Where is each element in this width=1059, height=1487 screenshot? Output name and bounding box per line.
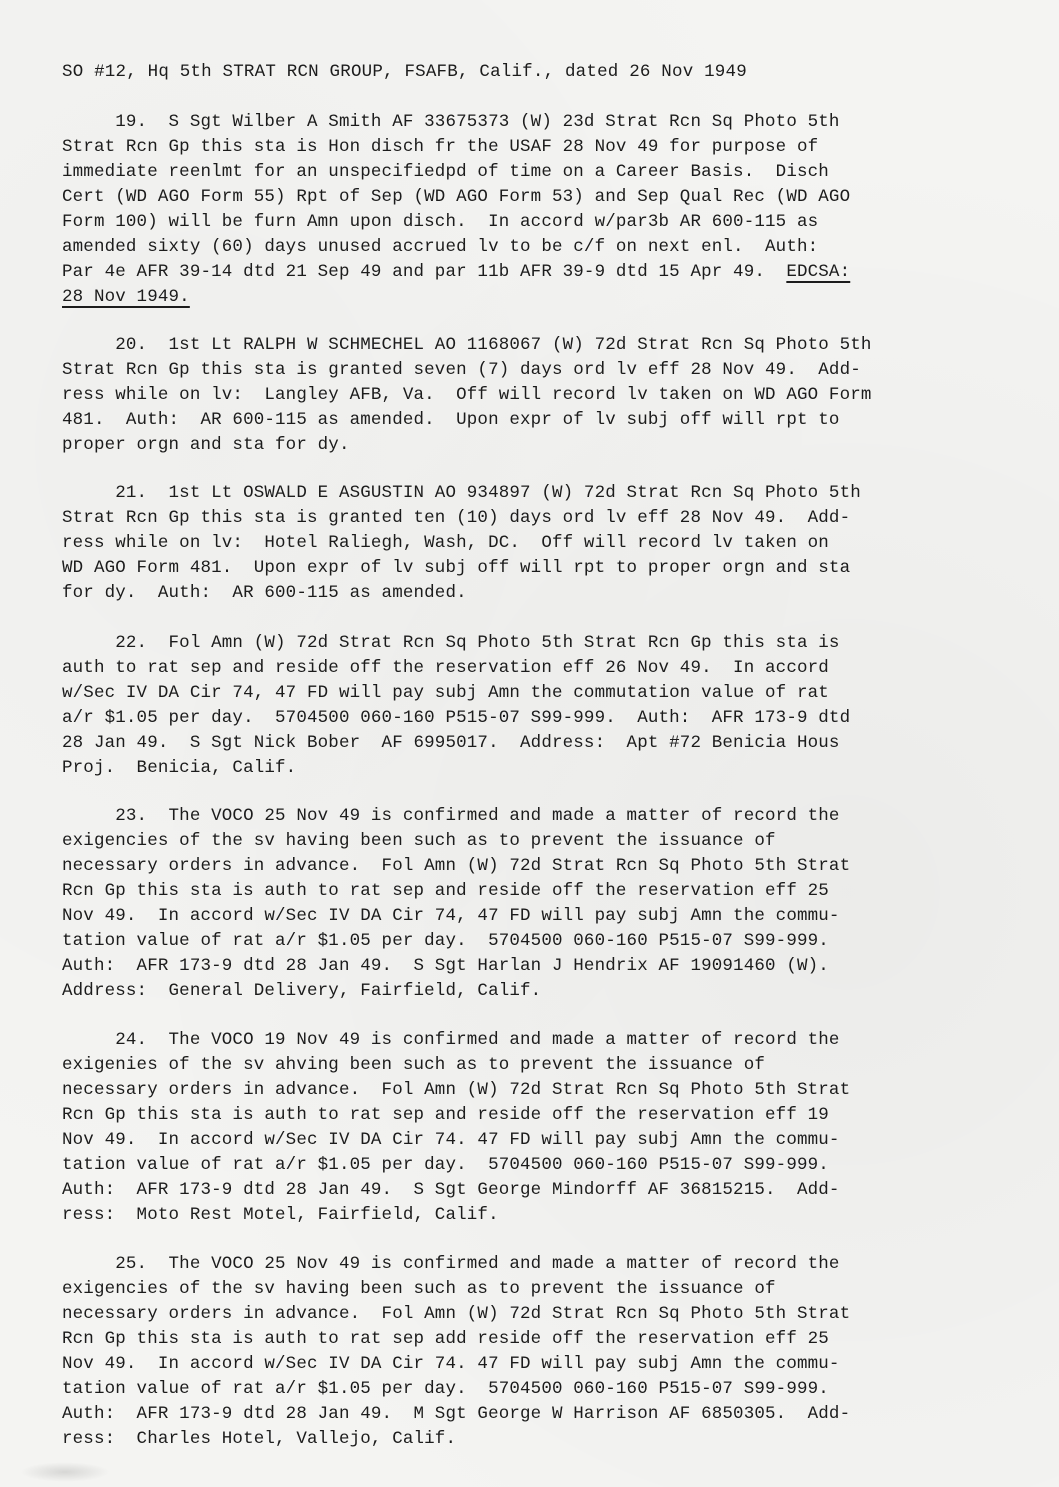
- text-line: Form 100) will be furn Amn upon disch. I…: [62, 210, 992, 235]
- text-line: a/r $1.05 per day. 5704500 060-160 P515-…: [62, 706, 992, 731]
- text-line: Nov 49. In accord w/Sec IV DA Cir 74. 47…: [62, 1352, 992, 1377]
- text-line: ress while on lv: Langley AFB, Va. Off w…: [62, 383, 992, 408]
- text-line: Auth: AFR 173-9 dtd 28 Jan 49. M Sgt Geo…: [62, 1402, 992, 1427]
- text-line: for dy. Auth: AR 600-115 as amended.: [62, 581, 992, 606]
- text-line: necessary orders in advance. Fol Amn (W)…: [62, 854, 992, 879]
- paragraph-21: 21. 1st Lt OSWALD E ASGUSTIN AO 934897 (…: [62, 481, 992, 606]
- text-line: 24. The VOCO 19 Nov 49 is confirmed and …: [62, 1028, 992, 1053]
- paragraph-24: 24. The VOCO 19 Nov 49 is confirmed and …: [62, 1028, 992, 1228]
- text-line: amended sixty (60) days unused accrued l…: [62, 235, 992, 260]
- text-line: necessary orders in advance. Fol Amn (W)…: [62, 1078, 992, 1103]
- text-line: Cert (WD AGO Form 55) Rpt of Sep (WD AGO…: [62, 185, 992, 210]
- paragraph-20: 20. 1st Lt RALPH W SCHMECHEL AO 1168067 …: [62, 333, 992, 458]
- paragraph-23: 23. The VOCO 25 Nov 49 is confirmed and …: [62, 804, 992, 1004]
- text-line: Rcn Gp this sta is auth to rat sep add r…: [62, 1327, 992, 1352]
- text-line: 21. 1st Lt OSWALD E ASGUSTIN AO 934897 (…: [62, 481, 992, 506]
- text-line: Strat Rcn Gp this sta is granted seven (…: [62, 358, 992, 383]
- text-line: tation value of rat a/r $1.05 per day. 5…: [62, 929, 992, 954]
- text-line-body: Par 4e AFR 39-14 dtd 21 Sep 49 and par 1…: [62, 262, 786, 282]
- text-line: 22. Fol Amn (W) 72d Strat Rcn Sq Photo 5…: [62, 631, 992, 656]
- text-line: 28 Jan 49. S Sgt Nick Bober AF 6995017. …: [62, 731, 992, 756]
- text-line: Par 4e AFR 39-14 dtd 21 Sep 49 and par 1…: [62, 260, 992, 285]
- text-line: Rcn Gp this sta is auth to rat sep and r…: [62, 1103, 992, 1128]
- text-line: Auth: AFR 173-9 dtd 28 Jan 49. S Sgt Geo…: [62, 1178, 992, 1203]
- text-line: Rcn Gp this sta is auth to rat sep and r…: [62, 879, 992, 904]
- text-line: 25. The VOCO 25 Nov 49 is confirmed and …: [62, 1252, 992, 1277]
- paper-smudge: [20, 1462, 110, 1482]
- text-line: tation value of rat a/r $1.05 per day. 5…: [62, 1153, 992, 1178]
- paragraph-19: 19. S Sgt Wilber A Smith AF 33675373 (W)…: [62, 110, 992, 310]
- text-line: 20. 1st Lt RALPH W SCHMECHEL AO 1168067 …: [62, 333, 992, 358]
- text-line: ress: Charles Hotel, Vallejo, Calif.: [62, 1427, 992, 1452]
- text-line: exigenies of the sv ahving been such as …: [62, 1053, 992, 1078]
- text-line: tation value of rat a/r $1.05 per day. 5…: [62, 1377, 992, 1402]
- text-line: 19. S Sgt Wilber A Smith AF 33675373 (W)…: [62, 110, 992, 135]
- text-line: Address: General Delivery, Fairfield, Ca…: [62, 979, 992, 1004]
- text-line: Nov 49. In accord w/Sec IV DA Cir 74, 47…: [62, 904, 992, 929]
- text-line: Strat Rcn Gp this sta is Hon disch fr th…: [62, 135, 992, 160]
- text-line: 23. The VOCO 25 Nov 49 is confirmed and …: [62, 804, 992, 829]
- text-line: immediate reenlmt for an unspecifiedpd o…: [62, 160, 992, 185]
- text-line: Nov 49. In accord w/Sec IV DA Cir 74. 47…: [62, 1128, 992, 1153]
- text-line: w/Sec IV DA Cir 74, 47 FD will pay subj …: [62, 681, 992, 706]
- text-line: proper orgn and sta for dy.: [62, 433, 992, 458]
- typewritten-page: SO #12, Hq 5th STRAT RCN GROUP, FSAFB, C…: [0, 0, 1059, 1487]
- text-line: Auth: AFR 173-9 dtd 28 Jan 49. S Sgt Har…: [62, 954, 992, 979]
- text-line: WD AGO Form 481. Upon expr of lv subj of…: [62, 556, 992, 581]
- text-line: auth to rat sep and reside off the reser…: [62, 656, 992, 681]
- text-line: ress: Moto Rest Motel, Fairfield, Calif.: [62, 1203, 992, 1228]
- text-line: exigencies of the sv having been such as…: [62, 829, 992, 854]
- text-line: Strat Rcn Gp this sta is granted ten (10…: [62, 506, 992, 531]
- text-line: 481. Auth: AR 600-115 as amended. Upon e…: [62, 408, 992, 433]
- order-header: SO #12, Hq 5th STRAT RCN GROUP, FSAFB, C…: [62, 62, 747, 82]
- paragraph-25: 25. The VOCO 25 Nov 49 is confirmed and …: [62, 1252, 992, 1452]
- text-line: exigencies of the sv having been such as…: [62, 1277, 992, 1302]
- edcsa-label: EDCSA:: [786, 262, 850, 282]
- text-line: Proj. Benicia, Calif.: [62, 756, 992, 781]
- edcsa-date: 28 Nov 1949.: [62, 285, 992, 310]
- paragraph-22: 22. Fol Amn (W) 72d Strat Rcn Sq Photo 5…: [62, 631, 992, 781]
- text-line: necessary orders in advance. Fol Amn (W)…: [62, 1302, 992, 1327]
- text-line: ress while on lv: Hotel Raliegh, Wash, D…: [62, 531, 992, 556]
